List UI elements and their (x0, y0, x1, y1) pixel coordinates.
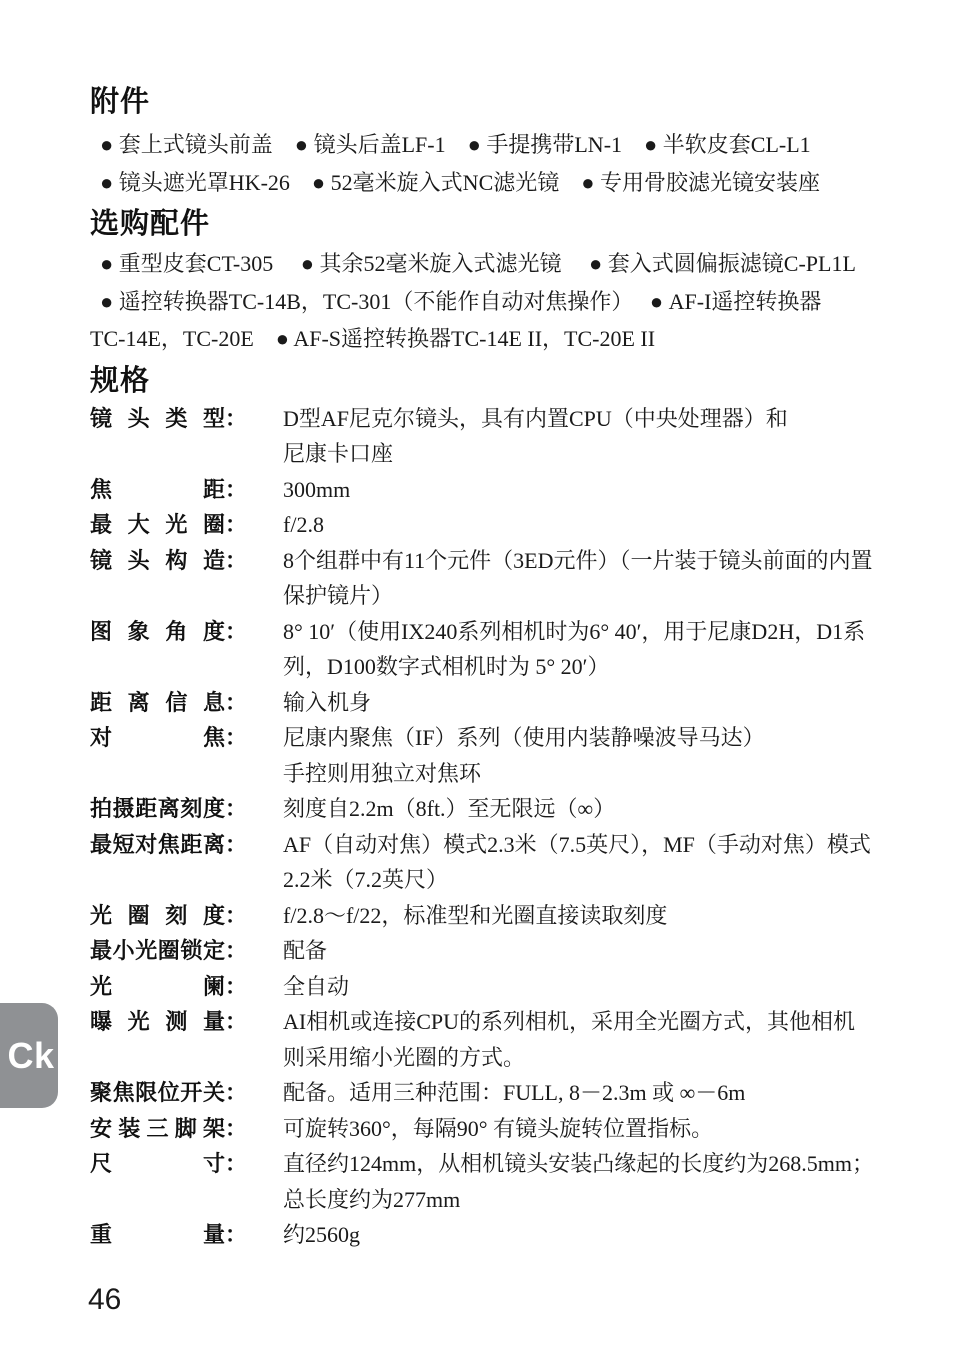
spec-row: 距离信息： 输入机身 (90, 685, 918, 721)
spec-label: 安装三脚架 (90, 1111, 225, 1147)
spec-value: 输入机身 (283, 685, 918, 721)
section-tab-label: Ck (3, 1035, 54, 1077)
spec-label: 距离信息 (90, 685, 225, 721)
specifications-heading: 规格 (90, 365, 918, 397)
spec-value: 300mm (283, 472, 918, 508)
spec-row: 最短对焦距离： AF（自动对焦）模式2.3米（7.5英尺），MF（手动对焦）模式… (90, 827, 918, 898)
manual-page: { "page": { "number": "46", "tab": { "la… (0, 0, 954, 1346)
spec-value: 8个组群中有11个元件（3ED元件）（一片装于镜头前面的内置 保护镜片） (283, 543, 918, 614)
list-line: ● 镜头遮光罩HK-26 ● 52毫米旋入式NC滤光镜 ● 专用骨胶滤光镜安装座 (90, 164, 918, 202)
spec-row: 光圈刻度： f/2.8～f/22，标准型和光圈直接读取刻度 (90, 898, 918, 934)
spec-value: f/2.8～f/22，标准型和光圈直接读取刻度 (283, 898, 918, 934)
spec-row: 镜头构造： 8个组群中有11个元件（3ED元件）（一片装于镜头前面的内置 保护镜… (90, 543, 918, 614)
spec-colon: ： (225, 1151, 247, 1176)
spec-colon: ： (225, 1116, 247, 1141)
spec-value: 8° 10′（使用IX240系列相机时为6° 40′，用于尼康D2H，D1系 列… (283, 614, 918, 685)
spec-row: 光阑： 全自动 (90, 969, 918, 1005)
spec-row: 拍摄距离刻度： 刻度自2.2m（8ft.）至无限远（∞） (90, 791, 918, 827)
spec-value: 尼康内聚焦（IF）系列（使用内装静噪波导马达） 手控则用独立对焦环 (283, 720, 918, 791)
spec-label: 光圈刻度 (90, 898, 225, 934)
spec-row: 对焦： 尼康内聚焦（IF）系列（使用内装静噪波导马达） 手控则用独立对焦环 (90, 720, 918, 791)
spec-row: 重量： 约2560g (90, 1217, 918, 1253)
spec-label: 焦距 (90, 472, 225, 508)
spec-label: 重量 (90, 1217, 225, 1253)
section-tab-ck: Ck (0, 1003, 58, 1108)
spec-colon: ： (225, 974, 247, 999)
spec-row: 最大光圈： f/2.8 (90, 507, 918, 543)
spec-value: 配备 (283, 933, 918, 969)
spec-colon: ： (225, 1009, 247, 1034)
optional-accessories-section: 选购配件 ● 重型皮套CT-305 ● 其余52毫米旋入式滤光镜 ● 套入式圆偏… (90, 208, 918, 358)
spec-colon: ： (225, 512, 247, 537)
accessories-heading: 附件 (90, 86, 918, 118)
spec-colon: ： (225, 690, 247, 715)
spec-row: 焦距： 300mm (90, 472, 918, 508)
specifications-section: 规格 镜头类型： D型AF尼克尔镜头，具有内置CPU（中央处理器）和 尼康卡口座… (90, 365, 918, 1253)
spec-label: 最短对焦距离 (90, 827, 225, 863)
spec-value: AI相机或连接CPU的系列相机，采用全光圈方式，其他相机 则采用缩小光圈的方式。 (283, 1004, 918, 1075)
spec-colon: ： (225, 619, 247, 644)
spec-label: 最大光圈 (90, 507, 225, 543)
spec-value: 直径约124mm，从相机镜头安装凸缘起的长度约为268.5mm； 总长度约为27… (283, 1146, 918, 1217)
spec-colon: ： (225, 548, 247, 573)
spec-value: 约2560g (283, 1217, 918, 1253)
spec-colon: ： (225, 1222, 247, 1247)
spec-label: 镜头构造 (90, 543, 225, 579)
spec-row: 曝光测量： AI相机或连接CPU的系列相机，采用全光圈方式，其他相机 则采用缩小… (90, 1004, 918, 1075)
spec-colon: ： (225, 725, 247, 750)
spec-label: 镜头类型 (90, 401, 225, 437)
spec-value: AF（自动对焦）模式2.3米（7.5英尺），MF（手动对焦）模式 2.2米（7.… (283, 827, 918, 898)
spec-row: 图象角度： 8° 10′（使用IX240系列相机时为6° 40′，用于尼康D2H… (90, 614, 918, 685)
spec-colon: ： (225, 938, 247, 963)
accessories-section: 附件 ● 套上式镜头前盖 ● 镜头后盖LF-1 ● 手提携带LN-1 ● 半软皮… (90, 86, 918, 201)
list-line: TC-14E，TC-20E ● AF-S遥控转换器TC-14E II，TC-20… (90, 320, 918, 358)
optional-accessories-heading: 选购配件 (90, 208, 918, 240)
spec-label: 尺寸 (90, 1146, 225, 1182)
spec-value: D型AF尼克尔镜头，具有内置CPU（中央处理器）和 尼康卡口座 (283, 401, 918, 472)
spec-value: f/2.8 (283, 507, 918, 543)
spec-label: 光阑 (90, 969, 225, 1005)
list-line: ● 遥控转换器TC-14B，TC-301（不能作自动对焦操作） ● AF-I遥控… (90, 283, 918, 321)
spec-colon: ： (225, 796, 247, 821)
list-line: ● 重型皮套CT-305 ● 其余52毫米旋入式滤光镜 ● 套入式圆偏振滤镜C-… (90, 245, 918, 283)
spec-value: 可旋转360°，每隔90° 有镜头旋转位置指标。 (283, 1111, 918, 1147)
spec-row: 聚焦限位开关： 配备。适用三种范围：FULL, 8－2.3m 或 ∞－6m (90, 1075, 918, 1111)
spec-row: 最小光圈锁定： 配备 (90, 933, 918, 969)
spec-colon: ： (225, 832, 247, 857)
spec-label: 最小光圈锁定 (90, 933, 225, 969)
spec-label: 对焦 (90, 720, 225, 756)
spec-label: 曝光测量 (90, 1004, 225, 1040)
spec-label: 聚焦限位开关 (90, 1075, 225, 1111)
spec-row: 尺寸： 直径约124mm，从相机镜头安装凸缘起的长度约为268.5mm； 总长度… (90, 1146, 918, 1217)
spec-colon: ： (225, 477, 247, 502)
spec-label: 拍摄距离刻度 (90, 791, 225, 827)
list-line: ● 套上式镜头前盖 ● 镜头后盖LF-1 ● 手提携带LN-1 ● 半软皮套CL… (90, 126, 918, 164)
spec-colon: ： (225, 406, 247, 431)
spec-colon: ： (225, 903, 247, 928)
spec-value: 全自动 (283, 969, 918, 1005)
page-number: 46 (88, 1283, 121, 1317)
spec-label: 图象角度 (90, 614, 225, 650)
spec-value: 配备。适用三种范围：FULL, 8－2.3m 或 ∞－6m (283, 1075, 918, 1111)
spec-value: 刻度自2.2m（8ft.）至无限远（∞） (283, 791, 918, 827)
spec-row: 安装三脚架： 可旋转360°，每隔90° 有镜头旋转位置指标。 (90, 1111, 918, 1147)
spec-row: 镜头类型： D型AF尼克尔镜头，具有内置CPU（中央处理器）和 尼康卡口座 (90, 401, 918, 472)
page-content: 附件 ● 套上式镜头前盖 ● 镜头后盖LF-1 ● 手提携带LN-1 ● 半软皮… (0, 0, 954, 1253)
spec-colon: ： (225, 1080, 247, 1105)
